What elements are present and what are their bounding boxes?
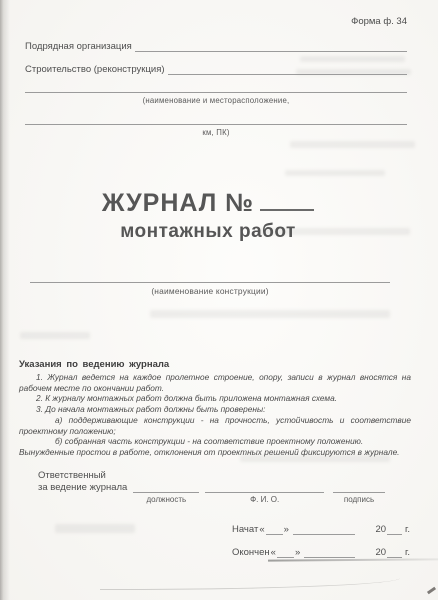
journal-title-text: ЖУРНАЛ № [102,189,254,217]
dates-section: Начат « » 20 г. Окончен « » 20 г. [232,523,410,569]
scan-curve-artifact [100,576,400,590]
started-year-prefix: 20 [375,524,386,535]
started-label: Начат [232,524,258,535]
construction-field: Строительство (реконструкция) [25,64,407,75]
signature-field: подпись [333,470,385,504]
journal-title: ЖУРНАЛ № [0,189,416,218]
finished-year-prefix: 20 [375,547,386,558]
structure-caption: (наименование конструкции) [30,286,390,296]
location-caption: (наименование и месторасположение, [25,96,407,105]
contractor-label: Подрядная организация [25,41,135,52]
position-field: должность [133,470,199,504]
position-blank-line [133,470,199,493]
instructions-section: Указания по ведению журнала 1. Журнал ве… [19,359,411,458]
started-year-suffix: г. [405,524,410,535]
contractor-field: Подрядная организация [25,41,407,52]
scanned-form-page: Форма ф. 34 Подрядная организация Строит… [0,0,438,600]
instruction-item: 2. К журналу монтажных работ должна быть… [19,393,411,404]
bleed-through-artifact [20,332,90,339]
km-blank-line [25,115,407,125]
signature-caption: подпись [333,493,385,504]
journal-subtitle: монтажных работ [0,221,416,243]
bleed-through-artifact [285,170,385,176]
responsible-section: Ответственный за ведение журнала должнос… [38,470,385,504]
open-quote: « [271,547,276,558]
instruction-item: Вынужденные простои в работе, отклонения… [19,447,411,458]
started-row: Начат « » 20 г. [232,523,410,535]
name-field: Ф. И. О. [205,470,324,504]
close-quote: » [284,524,289,535]
instruction-item: а) поддерживающие конструкции - на прочн… [19,415,411,436]
km-caption: км, ПК) [25,128,407,137]
name-blank-line [205,470,324,493]
name-caption: Ф. И. О. [205,493,324,504]
responsible-label: Ответственный за ведение журнала [38,470,131,504]
construction-blank-line [168,74,407,75]
instruction-item: 1. Журнал ведется на каждое пролетное ст… [19,372,411,393]
signature-blank-line [333,470,385,493]
bleed-through-artifact [290,141,415,148]
finished-day-blank [277,557,294,558]
contractor-blank-line [135,51,407,52]
close-quote: » [295,547,300,558]
finished-year-suffix: г. [405,547,410,558]
structure-blank-line [30,273,390,283]
bleed-through-artifact [150,310,390,318]
finished-label: Окончен [232,547,270,558]
responsible-label-line1: Ответственный [38,470,127,482]
page-edge-shadow [0,0,10,600]
finished-month-blank [304,557,355,558]
journal-number-blank [260,209,314,211]
form-number: Форма ф. 34 [351,16,407,27]
open-quote: « [259,524,264,535]
scan-corner-mark [427,587,436,595]
instruction-item: б) собранная часть конструкции - на соот… [19,436,411,447]
started-day-blank [266,534,283,535]
started-year-blank [387,534,402,535]
finished-row: Окончен « » 20 г. [232,546,410,558]
responsible-label-line2: за ведение журнала [38,482,127,494]
instruction-item: 3. До начала монтажных работ должны быть… [19,404,411,415]
position-caption: должность [133,493,199,504]
bleed-through-artifact [55,524,135,533]
location-blank-line [25,83,407,93]
bleed-through-artifact [300,56,405,62]
started-month-blank [293,534,356,535]
construction-label: Строительство (реконструкция) [25,64,168,75]
instructions-heading: Указания по ведению журнала [19,359,411,370]
